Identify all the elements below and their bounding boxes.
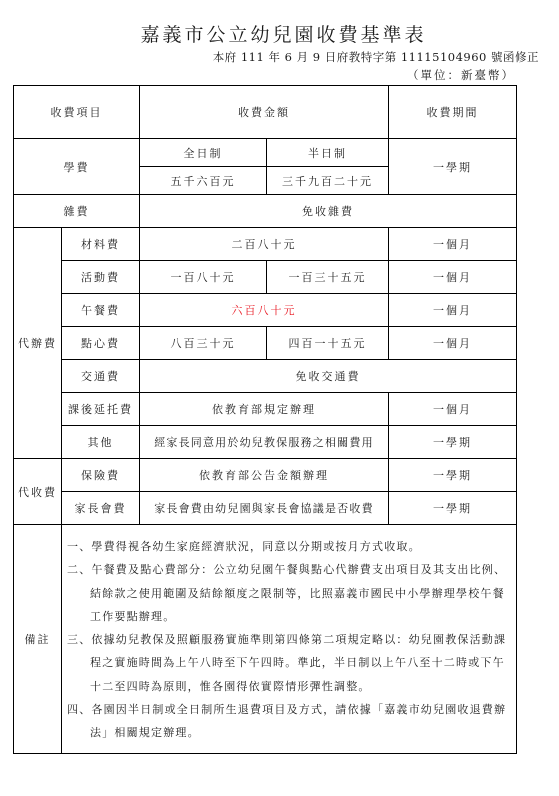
document-reference: 本府 111 年 6 月 9 日府教特字第 11115104960 號函修正 (213, 49, 539, 65)
table-row: 點心費 八百三十元 四百一十五元 一個月 (14, 327, 517, 360)
document-title: 嘉義市公立幼兒園收費基準表 (0, 20, 559, 47)
row-label: 活動費 (62, 261, 140, 294)
row-label: 交通費 (62, 360, 140, 393)
table-row: 家長會費 家長會費由幼兒園與家長會協議是否收費 一學期 (14, 492, 517, 525)
row-period: 一個月 (389, 228, 517, 261)
table-row: 其他 經家長同意用於幼兒教保服務之相關費用 一學期 (14, 426, 517, 459)
collected-fees-group-label: 代收費 (14, 459, 62, 525)
fee-table: 收費項目 收費金額 收費期間 學費 全日制 半日制 一學期 五千六百元 三千九百… (13, 85, 517, 754)
row-label: 材料費 (62, 228, 140, 261)
header-item: 收費項目 (14, 86, 140, 139)
lunch-fee-amount: 六百八十元 (140, 294, 389, 327)
header-amount: 收費金額 (140, 86, 389, 139)
table-row: 交通費 免收交通費 (14, 360, 517, 393)
row-period: 一學期 (389, 492, 517, 525)
full-day-label: 全日制 (140, 139, 267, 167)
table-row: 課後延托費 依教育部規定辦理 一個月 (14, 393, 517, 426)
tuition-period: 一學期 (389, 139, 517, 195)
misc-fee-amount: 免收雜費 (140, 195, 517, 228)
note-item: 二、午餐費及點心費部分：公立幼兒園午餐與點心代辦費支出項目及其支出比例、結餘款之… (67, 558, 512, 628)
note-item: 四、各園因半日制或全日制所生退費項目及方式，請依據「嘉義市幼兒園收退費辦法」相關… (67, 698, 512, 745)
row-label: 點心費 (62, 327, 140, 360)
row-label: 家長會費 (62, 492, 140, 525)
row-period: 一學期 (389, 459, 517, 492)
row-amount: 家長會費由幼兒園與家長會協議是否收費 (140, 492, 389, 525)
row-period: 一個月 (389, 294, 517, 327)
half-day-amount: 三千九百二十元 (267, 167, 389, 195)
row-full-day-amount: 一百八十元 (140, 261, 267, 294)
row-period: 一個月 (389, 393, 517, 426)
row-amount: 免收交通費 (140, 360, 517, 393)
half-day-label: 半日制 (267, 139, 389, 167)
note-item: 一、學費得視各幼生家庭經濟狀況，同意以分期或按月方式收取。 (67, 535, 512, 558)
tuition-row: 學費 全日制 半日制 一學期 (14, 139, 517, 167)
row-half-day-amount: 四百一十五元 (267, 327, 389, 360)
misc-fee-row: 雜費 免收雜費 (14, 195, 517, 228)
row-label: 課後延托費 (62, 393, 140, 426)
row-amount: 依教育部規定辦理 (140, 393, 389, 426)
agency-fees-group-label: 代辦費 (14, 228, 62, 459)
row-label: 保險費 (62, 459, 140, 492)
misc-fee-label: 雜費 (14, 195, 140, 228)
header-period: 收費期間 (389, 86, 517, 139)
notes-content: 一、學費得視各幼生家庭經濟狀況，同意以分期或按月方式收取。 二、午餐費及點心費部… (62, 525, 517, 754)
table-row: 代辦費 材料費 二百八十元 一個月 (14, 228, 517, 261)
row-period: 一個月 (389, 327, 517, 360)
row-label: 其他 (62, 426, 140, 459)
full-day-amount: 五千六百元 (140, 167, 267, 195)
table-row: 午餐費 六百八十元 一個月 (14, 294, 517, 327)
note-item: 三、依據幼兒教保及照顧服務實施準則第四條第二項規定略以：幼兒園教保活動課程之實施… (67, 628, 512, 698)
row-label: 午餐費 (62, 294, 140, 327)
row-amount: 二百八十元 (140, 228, 389, 261)
notes-row: 備註 一、學費得視各幼生家庭經濟狀況，同意以分期或按月方式收取。 二、午餐費及點… (14, 525, 517, 754)
header-row: 收費項目 收費金額 收費期間 (14, 86, 517, 139)
row-period: 一個月 (389, 261, 517, 294)
row-period: 一學期 (389, 426, 517, 459)
currency-unit: （單位：新臺幣） (407, 67, 515, 83)
row-half-day-amount: 一百三十五元 (267, 261, 389, 294)
row-amount: 依教育部公告金額辦理 (140, 459, 389, 492)
table-row: 活動費 一百八十元 一百三十五元 一個月 (14, 261, 517, 294)
row-amount: 經家長同意用於幼兒教保服務之相關費用 (140, 426, 389, 459)
row-full-day-amount: 八百三十元 (140, 327, 267, 360)
table-row: 代收費 保險費 依教育部公告金額辦理 一學期 (14, 459, 517, 492)
tuition-label: 學費 (14, 139, 140, 195)
notes-label: 備註 (14, 525, 62, 754)
